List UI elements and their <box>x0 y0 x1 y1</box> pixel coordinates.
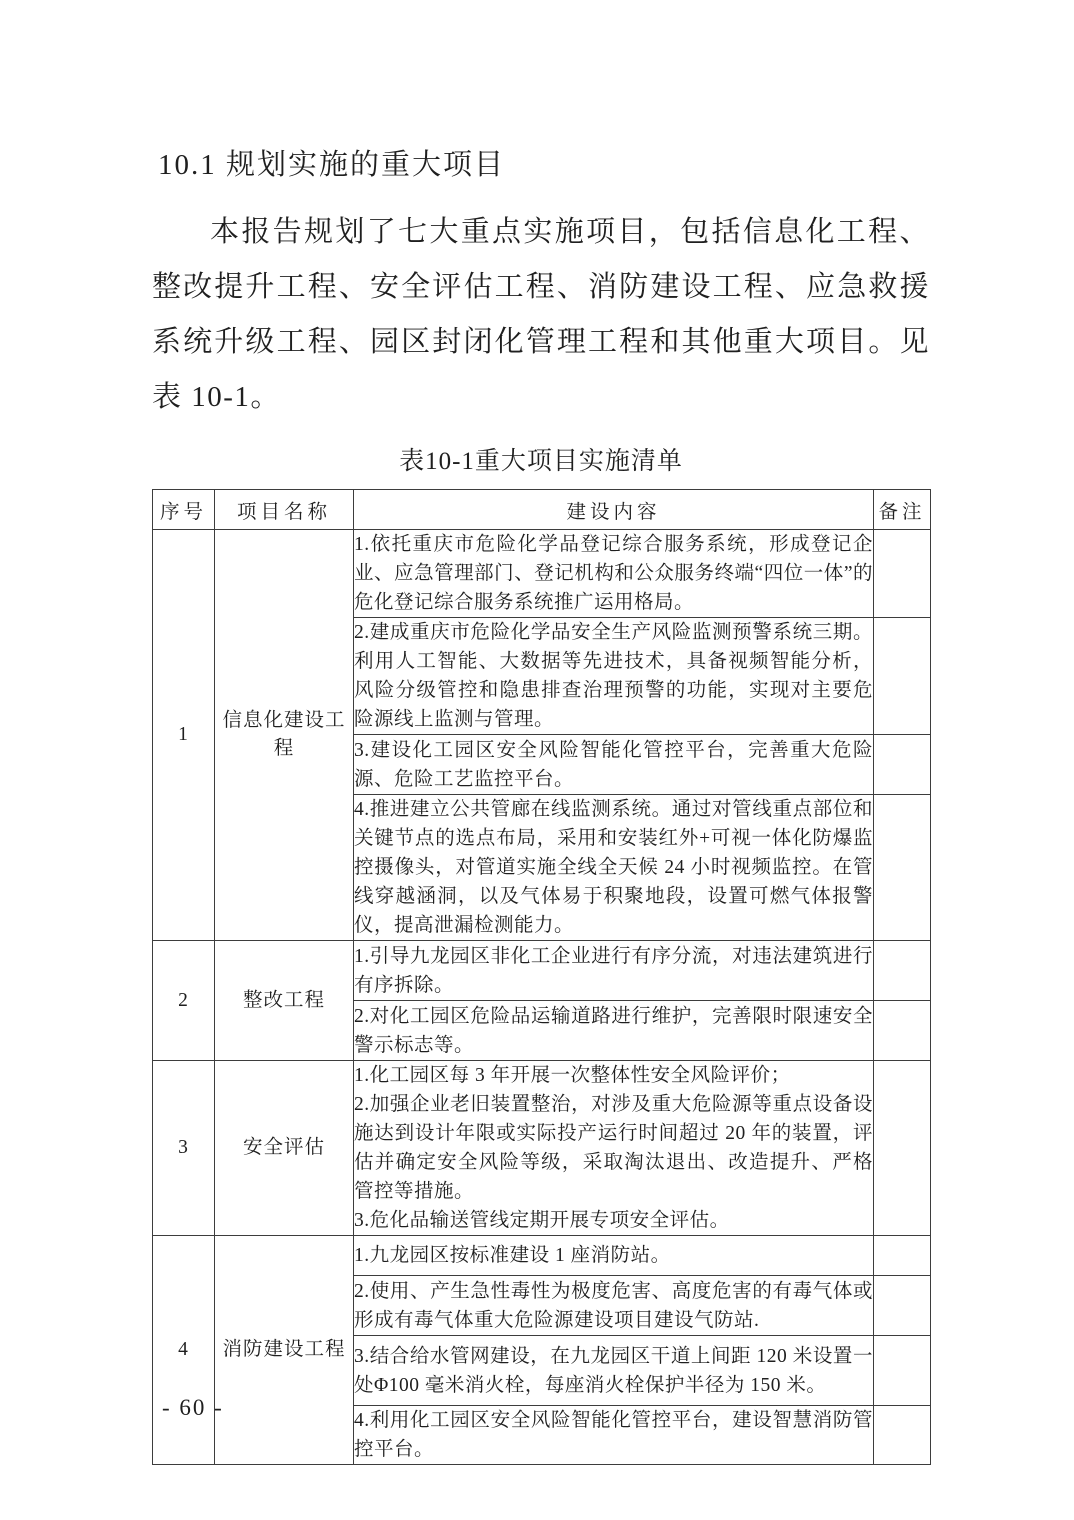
intro-paragraph: 本报告规划了七大重点实施项目，包括信息化工程、整改提升工程、安全评估工程、消防建… <box>152 205 930 425</box>
row4-content-item-3: 3.结合给水管网建设，在九龙园区干道上间距 120 米设置一处Φ100 毫米消火… <box>354 1336 874 1406</box>
table-row: 3 安全评估 1.化工园区每 3 年开展一次整体性安全风险评价； 2.加强企业老… <box>153 1061 931 1236</box>
row2-content-item-2: 2.对化工园区危险品运输道路进行维护，完善限时限速安全警示标志等。 <box>354 1001 874 1061</box>
row4-remark-cell-1 <box>874 1236 931 1276</box>
row4-content-item-4: 4.利用化工园区安全风险智能化管控平台，建设智慧消防管控平台。 <box>354 1406 874 1465</box>
page-number: - 60 - <box>162 1395 224 1421</box>
row4-content-item-2: 2.使用、产生急性毒性为极度危害、高度危害的有毒气体或形成有毒气体重大危险源建设… <box>354 1276 874 1336</box>
row3-name-cell: 安全评估 <box>215 1061 354 1236</box>
row1-remark-cell-3 <box>874 735 931 795</box>
table-header-row: 序号 项目名称 建设内容 备注 <box>153 490 931 530</box>
row3-no-cell: 3 <box>153 1061 215 1236</box>
row4-remark-cell-2 <box>874 1276 931 1336</box>
section-heading: 10.1 规划实施的重大项目 <box>158 142 930 183</box>
row1-remark-cell-4 <box>874 795 931 941</box>
row2-no-cell: 2 <box>153 941 215 1061</box>
row3-content-item-3: 3.危化品输送管线定期开展专项安全评估。 <box>354 1206 873 1235</box>
row4-name-cell: 消防建设工程 <box>215 1236 354 1465</box>
row2-remark-cell-1 <box>874 941 931 1001</box>
table-row: 4 消防建设工程 1.九龙园区按标准建设 1 座消防站。 <box>153 1236 931 1276</box>
header-cell-name: 项目名称 <box>215 490 354 530</box>
row1-content-item-4: 4.推进建立公共管廊在线监测系统。通过对管线重点部位和关键节点的选点布局，采用和… <box>354 795 874 941</box>
row2-content-item-1: 1.引导九龙园区非化工企业进行有序分流，对违法建筑进行有序拆除。 <box>354 941 874 1001</box>
row3-content-cell: 1.化工园区每 3 年开展一次整体性安全风险评价； 2.加强企业老旧装置整治，对… <box>354 1061 874 1236</box>
row3-content-item-2: 2.加强企业老旧装置整治，对涉及重大危险源等重点设备设施达到设计年限或实际投产运… <box>354 1090 873 1206</box>
row1-remark-cell-2 <box>874 618 931 735</box>
header-cell-remark: 备注 <box>874 490 931 530</box>
row1-no-cell: 1 <box>153 530 215 941</box>
row1-content-item-3: 3.建设化工园区安全风险智能化管控平台，完善重大危险源、危险工艺监控平台。 <box>354 735 874 795</box>
header-cell-no: 序号 <box>153 490 215 530</box>
row1-content-item-2: 2.建成重庆市危险化学品安全生产风险监测预警系统三期。利用人工智能、大数据等先进… <box>354 618 874 735</box>
document-page: 10.1 规划实施的重大项目 本报告规划了七大重点实施项目，包括信息化工程、整改… <box>0 0 1074 1520</box>
header-cell-content: 建设内容 <box>354 490 874 530</box>
row3-remark-cell <box>874 1061 931 1236</box>
table-row: 1 信息化建设工程 1.依托重庆市危险化学品登记综合服务系统，形成登记企业、应急… <box>153 530 931 618</box>
page-content: 10.1 规划实施的重大项目 本报告规划了七大重点实施项目，包括信息化工程、整改… <box>152 142 930 1465</box>
row1-content-item-1: 1.依托重庆市危险化学品登记综合服务系统，形成登记企业、应急管理部门、登记机构和… <box>354 530 874 618</box>
table-row: 2 整改工程 1.引导九龙园区非化工企业进行有序分流，对违法建筑进行有序拆除。 <box>153 941 931 1001</box>
row2-remark-cell-2 <box>874 1001 931 1061</box>
table-title: 表10-1重大项目实施清单 <box>152 441 930 477</box>
row1-remark-cell-1 <box>874 530 931 618</box>
row4-no-cell: 4 <box>153 1236 215 1465</box>
row3-content-item-1: 1.化工园区每 3 年开展一次整体性安全风险评价； <box>354 1061 873 1090</box>
row2-name-cell: 整改工程 <box>215 941 354 1061</box>
row4-content-item-1: 1.九龙园区按标准建设 1 座消防站。 <box>354 1236 874 1276</box>
row4-remark-cell-3 <box>874 1336 931 1406</box>
row4-remark-cell-4 <box>874 1406 931 1465</box>
row1-name-cell: 信息化建设工程 <box>215 530 354 941</box>
major-projects-table: 序号 项目名称 建设内容 备注 1 信息化建设工程 1.依托重庆市危险化学品登记… <box>152 489 931 1465</box>
